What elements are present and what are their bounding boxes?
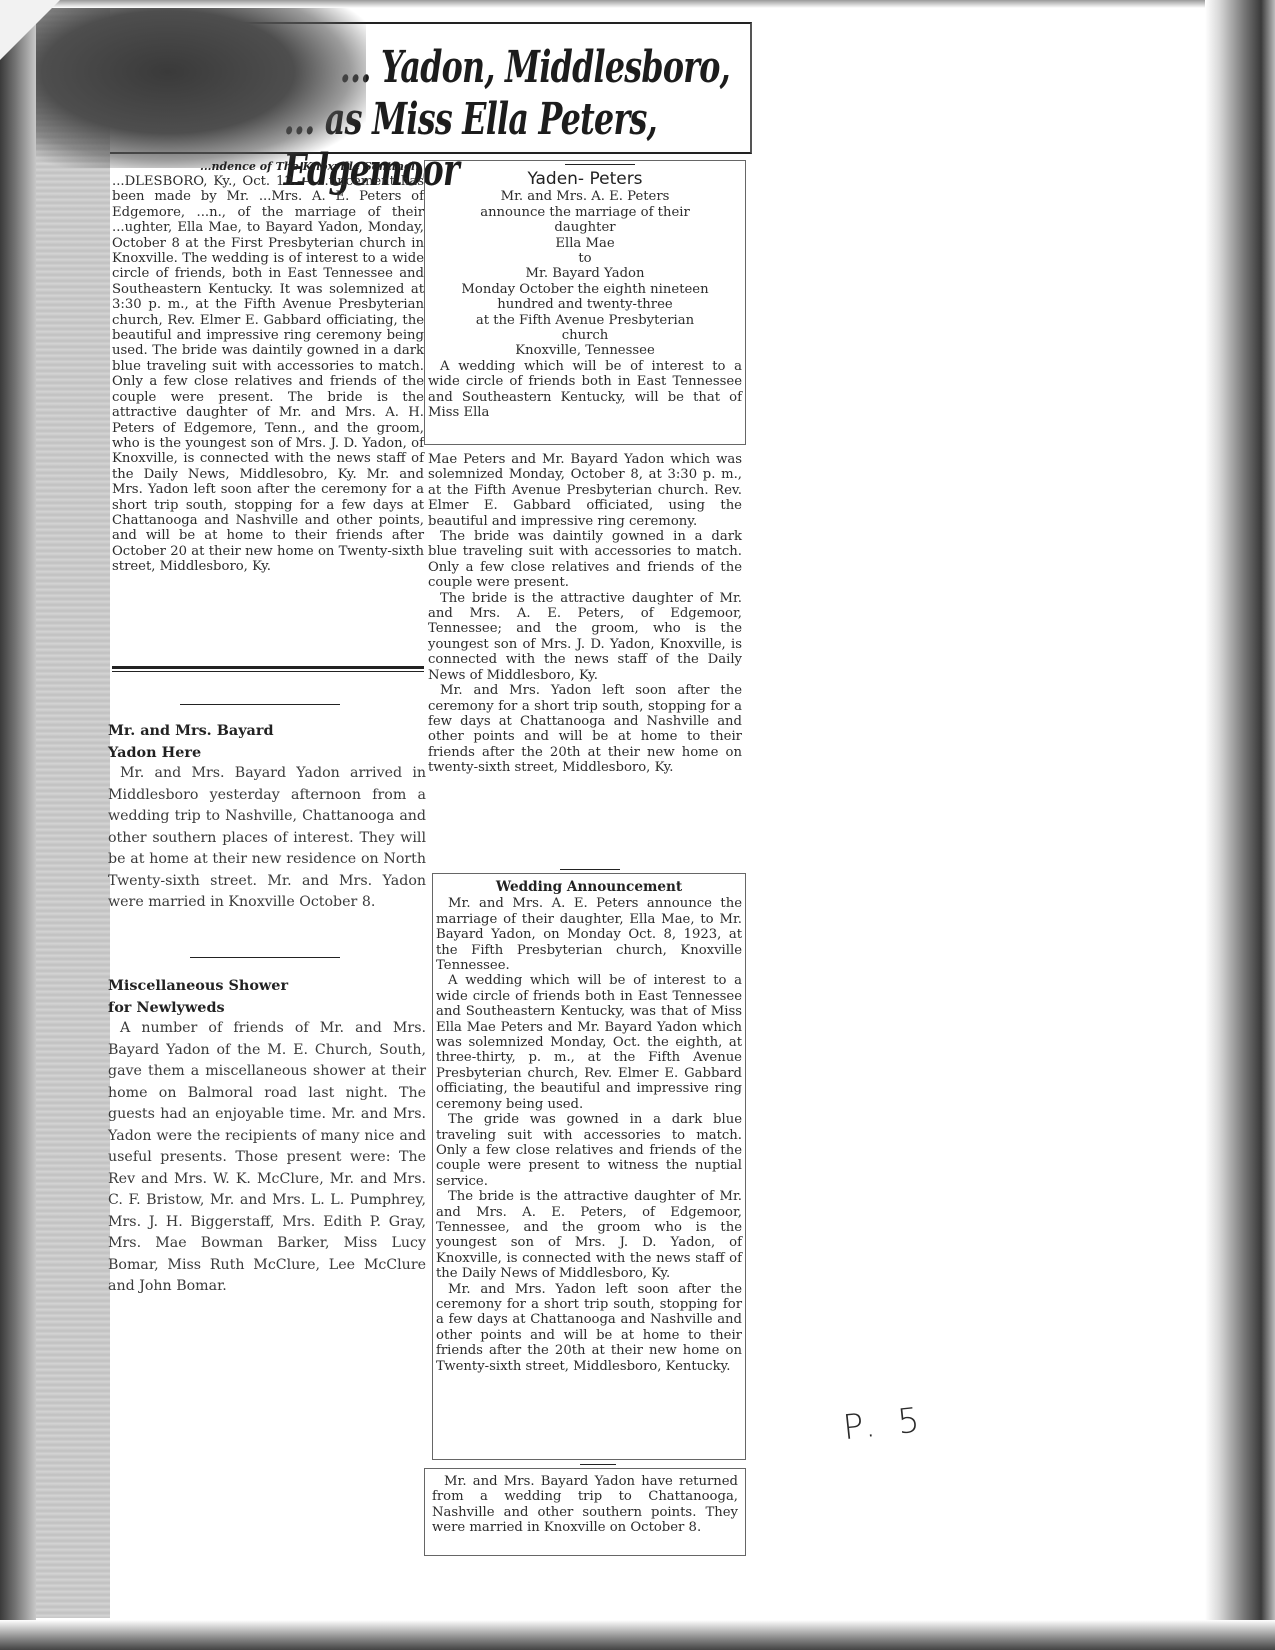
article-title: Miscellaneous Shower bbox=[108, 975, 426, 997]
article-sentinel-body: ...DLESBORO, Ky., Oct. 13.— ...uncement … bbox=[112, 174, 424, 575]
article-credit: ...ndence of The Knoxville Sentinel. bbox=[200, 160, 425, 173]
formal-line: daughter bbox=[428, 220, 742, 235]
formal-line: Monday October the eighth nineteen bbox=[428, 282, 742, 297]
article-title: Yaden- Peters bbox=[428, 172, 742, 187]
scan-edge-left bbox=[0, 0, 36, 1650]
article-body: The bride is the attractive daughter of … bbox=[436, 1189, 742, 1281]
article-body: Mr. and Mrs. A. E. Peters announce the m… bbox=[436, 896, 742, 973]
divider bbox=[190, 957, 340, 958]
article-sentinel: ...DLESBORO, Ky., Oct. 13.— ...uncement … bbox=[112, 174, 424, 575]
divider bbox=[560, 869, 620, 870]
article-body: Mr. and Mrs. Bayard Yadon arrived in Mid… bbox=[108, 763, 426, 914]
article-body: The bride was daintily gowned in a dark … bbox=[428, 529, 742, 591]
divider bbox=[565, 164, 635, 165]
article-shower: Miscellaneous Shower for Newlyweds A num… bbox=[108, 975, 426, 1298]
article-body: A wedding which will be of interest to a… bbox=[428, 359, 742, 421]
article-title: Mr. and Mrs. Bayard bbox=[108, 720, 426, 742]
divider bbox=[112, 671, 424, 672]
article-body: Mr. and Mrs. Bayard Yadon have returned … bbox=[432, 1474, 738, 1536]
ink-blot bbox=[36, 8, 366, 168]
formal-line: hundred and twenty-three bbox=[428, 297, 742, 312]
article-body: A number of friends of Mr. and Mrs. Baya… bbox=[108, 1018, 426, 1298]
formal-line: Mr. and Mrs. A. E. Peters bbox=[428, 189, 742, 204]
formal-line: church bbox=[428, 328, 742, 343]
formal-line: announce the marriage of their bbox=[428, 205, 742, 220]
scan-edge-right bbox=[1205, 0, 1275, 1650]
formal-line: Ella Mae bbox=[428, 236, 742, 251]
article-body: Mae Peters and Mr. Bayard Yadon which wa… bbox=[428, 452, 742, 529]
clipping-shadow bbox=[36, 8, 110, 1618]
article-body: Mr. and Mrs. Yadon left soon after the c… bbox=[436, 1282, 742, 1374]
article-yaden-peters-continued: Mae Peters and Mr. Bayard Yadon which wa… bbox=[428, 452, 742, 776]
formal-line: to bbox=[428, 251, 742, 266]
article-body: Mr. and Mrs. Yadon left soon after the c… bbox=[428, 683, 742, 775]
scan-edge-bottom bbox=[0, 1620, 1275, 1650]
scan-edge-top bbox=[0, 0, 1275, 8]
divider bbox=[112, 666, 424, 669]
formal-line: at the Fifth Avenue Presbyterian bbox=[428, 313, 742, 328]
article-title: Wedding Announcement bbox=[436, 880, 742, 895]
article-body: The gride was gowned in a dark blue trav… bbox=[436, 1112, 742, 1189]
article-body: The bride is the attractive daughter of … bbox=[428, 591, 742, 683]
article-title: for Newlyweds bbox=[108, 997, 426, 1019]
article-body: A wedding which will be of interest to a… bbox=[436, 973, 742, 1112]
headline-line-1: ... Yadon, Middlesboro, bbox=[340, 42, 730, 93]
formal-line: Knoxville, Tennessee bbox=[428, 343, 742, 358]
formal-announcement: Mr. and Mrs. A. E. Petersannounce the ma… bbox=[428, 189, 742, 358]
handwritten-page-note: P. 5 bbox=[841, 1400, 927, 1448]
article-yaden-peters: Yaden- Peters Mr. and Mrs. A. E. Petersa… bbox=[428, 168, 742, 421]
article-wedding-announcement: Wedding Announcement Mr. and Mrs. A. E. … bbox=[436, 880, 742, 1374]
divider bbox=[180, 704, 340, 705]
article-title: Yadon Here bbox=[108, 742, 426, 764]
divider bbox=[580, 1464, 616, 1465]
formal-line: Mr. Bayard Yadon bbox=[428, 266, 742, 281]
article-yadon-here: Mr. and Mrs. Bayard Yadon Here Mr. and M… bbox=[108, 720, 426, 914]
page-corner-fold bbox=[0, 0, 60, 60]
article-returned: Mr. and Mrs. Bayard Yadon have returned … bbox=[432, 1474, 738, 1536]
